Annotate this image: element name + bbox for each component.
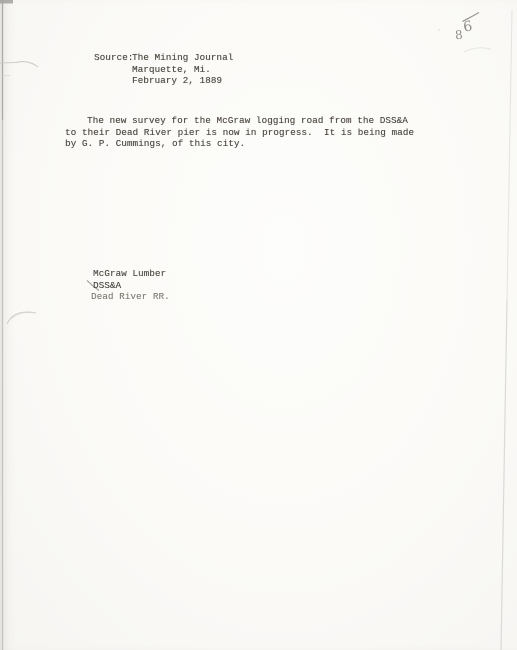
paper-crease-mark-upper (0, 62, 38, 67)
paper-right-edge-upper (507, 10, 512, 300)
index-term-dead-river-rr: Dead River RR. (91, 291, 170, 303)
source-line-city: Marquette, Mi. (132, 64, 233, 76)
pencil-faint-arc (464, 48, 491, 52)
body-line: to their Dead River pier is now in progr… (65, 127, 414, 139)
paper-right-edge-lower (501, 300, 507, 650)
article-paragraph: The new survey for the McGraw logging ro… (65, 115, 414, 150)
scanned-document-page: 6 8 Source: The Mining Journal Marquette… (0, 0, 517, 650)
paper-crease-dash (2, 76, 10, 77)
index-term-dssa: DSS&A (93, 280, 170, 292)
index-term-mcgraw-lumber: McGraw Lumber (93, 268, 170, 280)
paper-crease-mark-middle (7, 312, 36, 324)
source-citation-block: Source: The Mining Journal Marquette, Mi… (94, 52, 233, 87)
source-line-journal: The Mining Journal (132, 52, 233, 64)
handwritten-digit-8: 8 (454, 28, 463, 43)
body-line: The new survey for the McGraw logging ro… (65, 115, 414, 127)
scan-top-left-notch (0, 0, 13, 4)
scan-artifacts-layer: 6 8 (0, 0, 517, 650)
index-terms-block: McGraw Lumber DSS&A Dead River RR. (93, 268, 170, 303)
source-line-date: February 2, 1889 (132, 75, 233, 87)
handwritten-digit-6: 6 (462, 18, 474, 35)
body-line: by G. P. Cummings, of this city. (65, 138, 414, 150)
paper-crease-mark-middle-faint (11, 312, 33, 319)
pencil-faint-dot (438, 29, 440, 31)
source-label: Source: (94, 52, 132, 64)
pencil-flag-stroke (463, 13, 480, 22)
